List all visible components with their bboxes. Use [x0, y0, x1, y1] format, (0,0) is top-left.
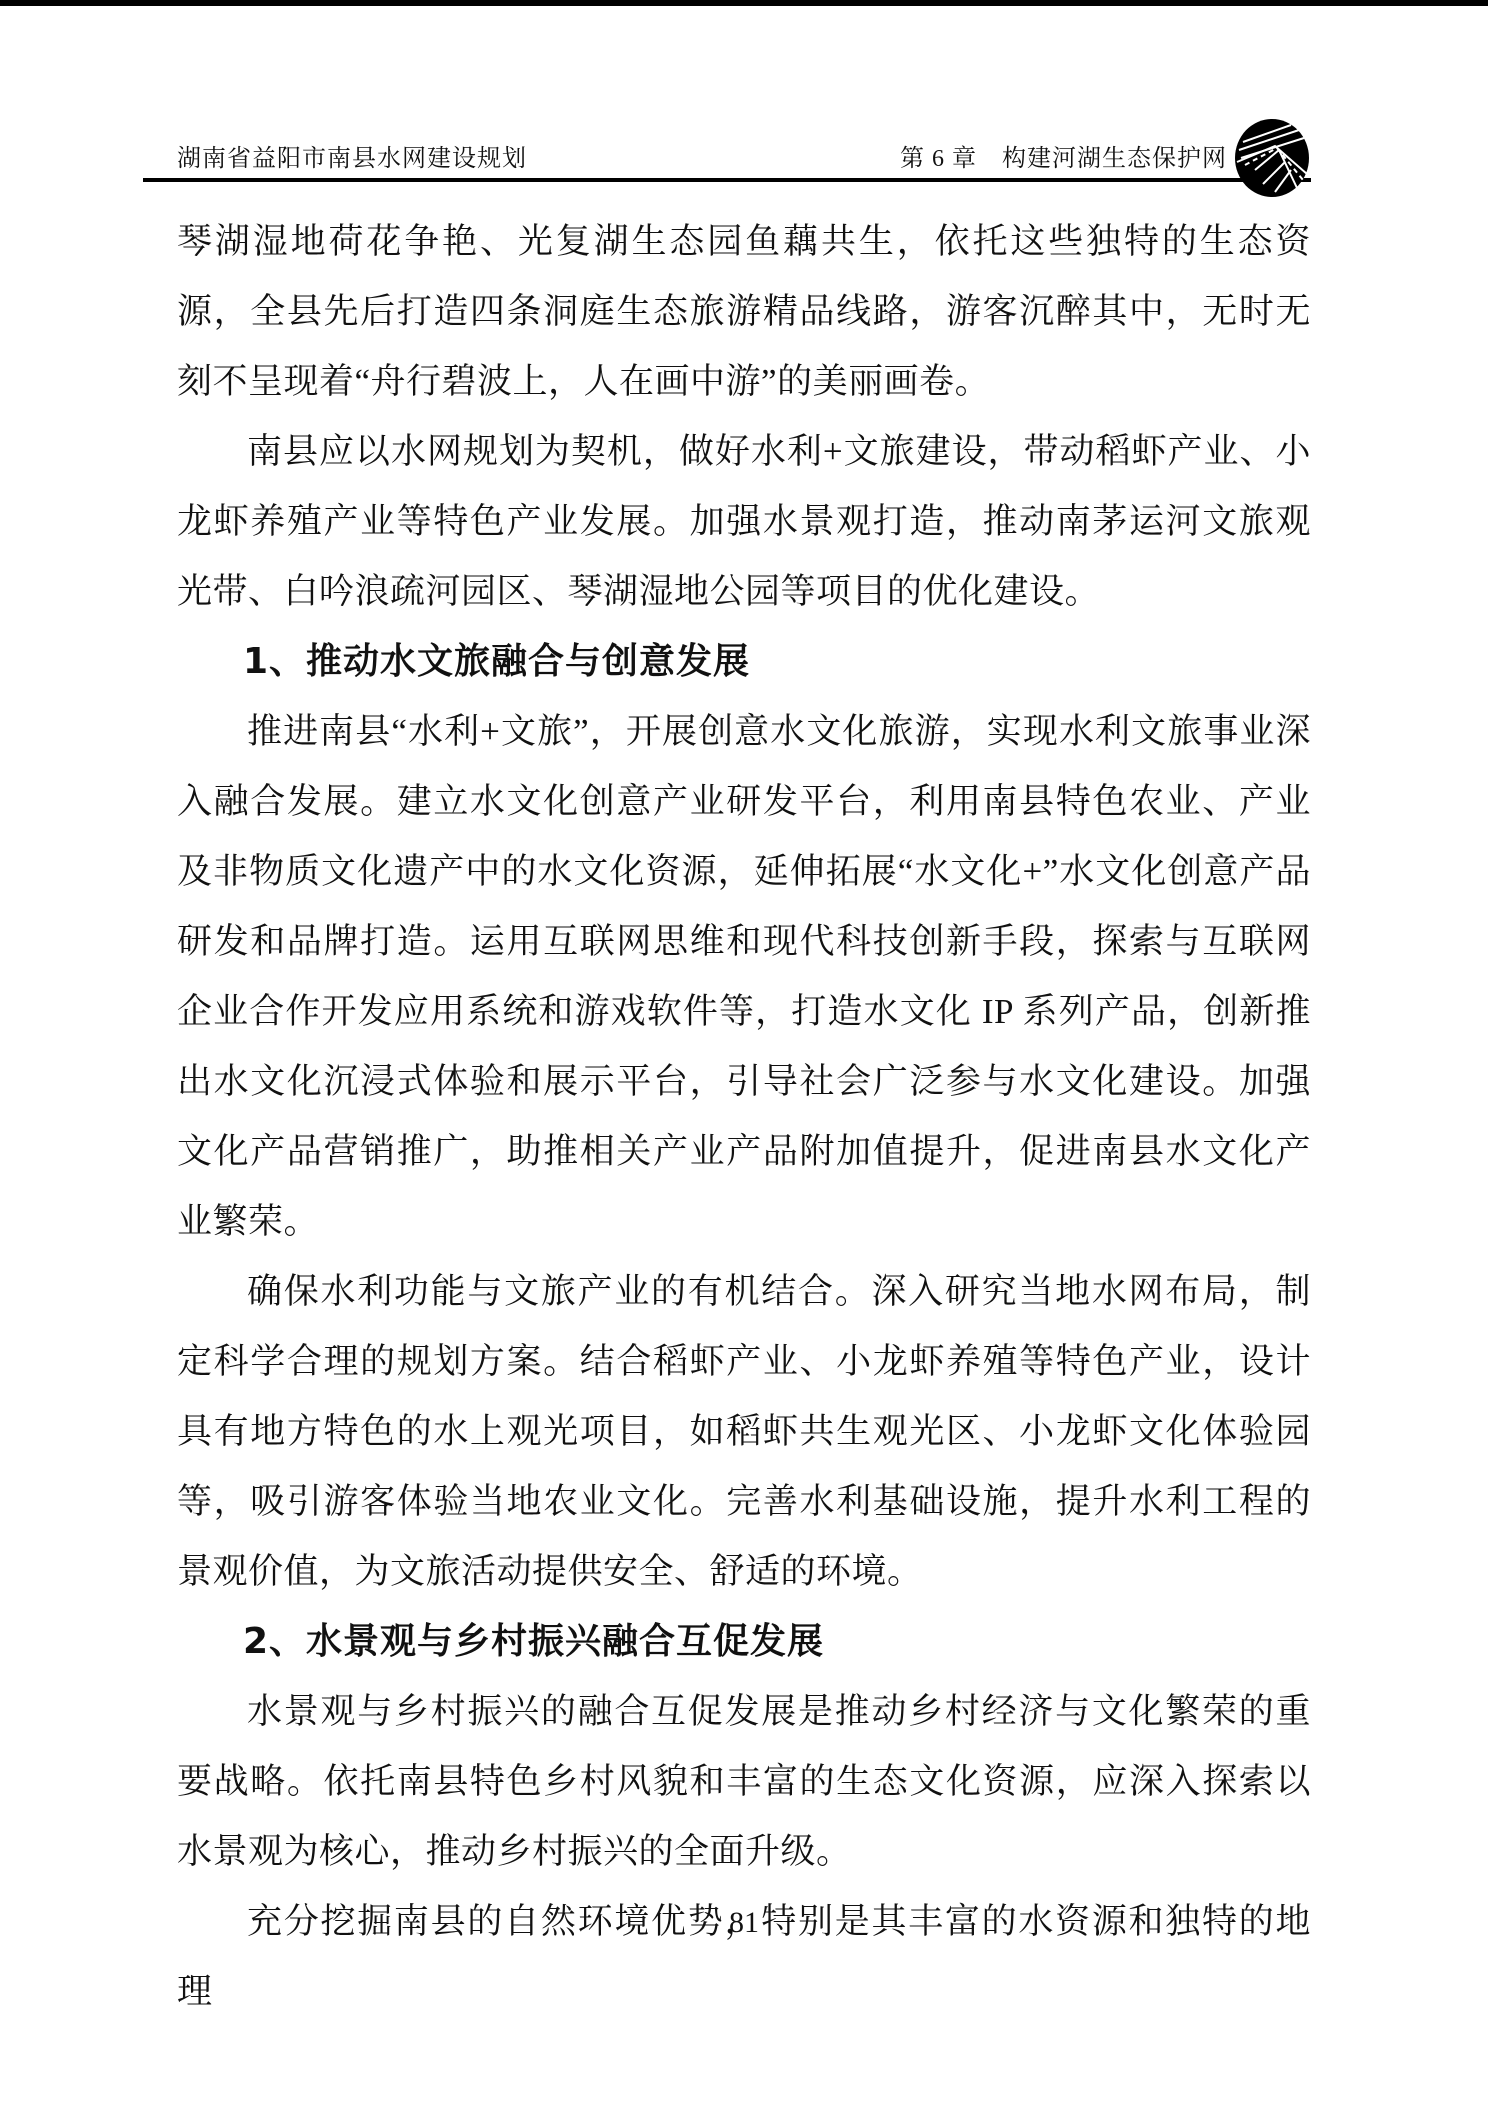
page-top-edge-bar	[0, 0, 1488, 6]
body-paragraph: 水景观与乡村振兴的融合互促发展是推动乡村经济与文化繁荣的重要战略。依托南县特色乡…	[177, 1677, 1311, 1887]
section-heading-2: 2、水景观与乡村振兴融合互促发展	[177, 1607, 1311, 1677]
header-chapter-title: 第 6 章 构建河湖生态保护网	[900, 138, 1227, 173]
document-body: 琴湖湿地荷花争艳、光复湖生态园鱼藕共生，依托这些独特的生态资源，全县先后打造四条…	[177, 207, 1311, 2027]
header-document-title: 湖南省益阳市南县水网建设规划	[177, 138, 527, 173]
header-divider-rule	[143, 178, 1311, 182]
road-emblem-icon	[1233, 118, 1311, 198]
body-paragraph: 南县应以水网规划为契机，做好水利+文旅建设，带动稻虾产业、小龙虾养殖产业等特色产…	[177, 417, 1311, 627]
body-paragraph: 琴湖湿地荷花争艳、光复湖生态园鱼藕共生，依托这些独特的生态资源，全县先后打造四条…	[177, 207, 1311, 417]
body-paragraph: 推进南县“水利+文旅”，开展创意水文化旅游，实现水利文旅事业深入融合发展。建立水…	[177, 697, 1311, 1257]
body-paragraph: 确保水利功能与文旅产业的有机结合。深入研究当地水网布局，制定科学合理的规划方案。…	[177, 1257, 1311, 1607]
page-number: 81	[0, 1906, 1488, 1940]
document-page: 湖南省益阳市南县水网建设规划 第 6 章 构建河湖生态保护网 琴湖湿地荷花争艳、…	[0, 0, 1488, 2104]
section-heading-1: 1、推动水文旅融合与创意发展	[177, 627, 1311, 697]
